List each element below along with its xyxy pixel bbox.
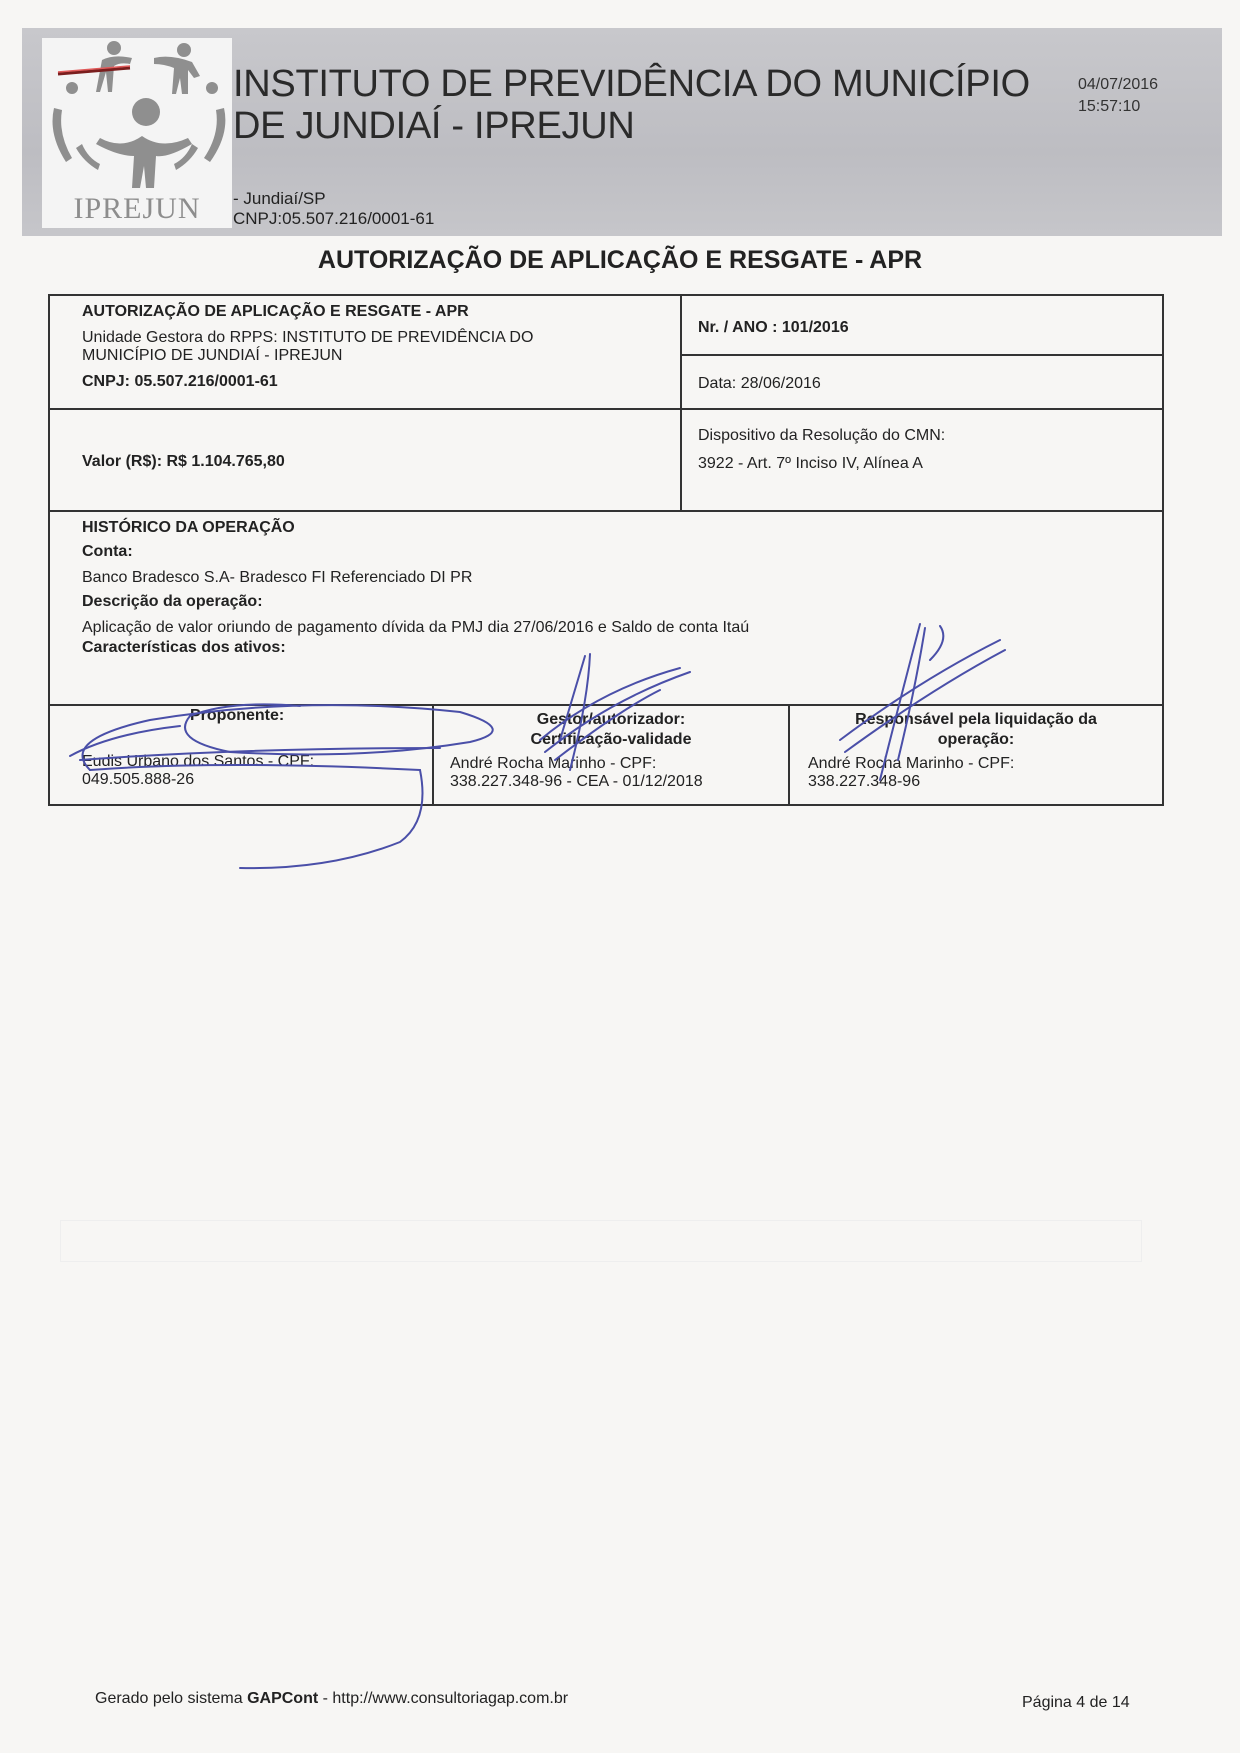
proponente-role: Proponente:	[190, 706, 284, 726]
print-time: 15:57:10	[1078, 96, 1158, 118]
show-through-box	[60, 1220, 1142, 1262]
conta-label: Conta:	[82, 542, 133, 562]
conta-value: Banco Bradesco S.A- Bradesco FI Referenc…	[82, 568, 472, 588]
descricao-label: Descrição da operação:	[82, 592, 263, 612]
institution-logo: IPREJUN	[42, 38, 232, 228]
page-number: Página 4 de 14	[1022, 1694, 1130, 1712]
descricao-value: Aplicação de valor oriundo de pagamento …	[82, 618, 749, 638]
gestor-certification: Certificação-validade	[434, 730, 788, 750]
unidade-gestora-line2: MUNICÍPIO DE JUNDIAÍ - IPREJUN	[82, 346, 342, 366]
institution-address: - Jundiaí/SP CNPJ:05.507.216/0001-61	[233, 189, 434, 229]
print-date: 04/07/2016	[1078, 74, 1158, 96]
form-box-title: AUTORIZAÇÃO DE APLICAÇÃO E RESGATE - APR	[82, 302, 469, 322]
responsavel-cpf: 338.227.348-96	[808, 772, 920, 792]
historico-title: HISTÓRICO DA OPERAÇÃO	[82, 518, 295, 538]
footer-system-name: GAPCont	[247, 1690, 318, 1707]
divider	[680, 354, 1162, 356]
apr-form: AUTORIZAÇÃO DE APLICAÇÃO E RESGATE - APR…	[48, 294, 1164, 806]
footer-url: - http://www.consultoriagap.com.br	[318, 1690, 568, 1707]
institution-city: - Jundiaí/SP	[233, 189, 434, 209]
responsavel-name: André Rocha Marinho - CPF:	[808, 754, 1014, 774]
responsavel-role: Responsável pela liquidação da	[790, 710, 1162, 730]
print-timestamp: 04/07/2016 15:57:10	[1078, 74, 1158, 118]
gestor-name: André Rocha Marinho - CPF:	[450, 754, 656, 774]
unidade-gestora-line1: Unidade Gestora do RPPS: INSTITUTO DE PR…	[82, 328, 533, 348]
valor-label: Valor (R$):	[82, 453, 162, 470]
valor: Valor (R$): R$ 1.104.765,80	[82, 452, 285, 472]
nr-ano-value: 101/2016	[782, 319, 849, 336]
dispositivo-label: Dispositivo da Resolução do CMN:	[698, 426, 945, 446]
dispositivo-value: 3922 - Art. 7º Inciso IV, Alínea A	[698, 454, 923, 474]
logo-text: IPREJUN	[42, 192, 232, 226]
responsavel-role-cont: operação:	[790, 730, 1162, 750]
nr-ano-label: Nr. / ANO :	[698, 319, 777, 336]
proponente-name: Eudis Urbano dos Santos - CPF:	[82, 752, 314, 772]
form-date: Data: 28/06/2016	[698, 374, 821, 394]
institution-cnpj: CNPJ:05.507.216/0001-61	[233, 209, 434, 229]
valor-value: R$ 1.104.765,80	[166, 453, 284, 470]
form-cnpj: CNPJ: 05.507.216/0001-61	[82, 372, 278, 392]
form-date-value: 28/06/2016	[741, 375, 821, 392]
caracteristicas-label: Características dos ativos:	[82, 638, 286, 658]
institution-name: INSTITUTO DE PREVIDÊNCIA DO MUNICÍPIO DE…	[233, 63, 1053, 147]
divider	[680, 296, 682, 510]
divider	[50, 408, 1162, 410]
proponente-cpf: 049.505.888-26	[82, 770, 194, 790]
gestor-cpf: 338.227.348-96 - CEA - 01/12/2018	[450, 772, 703, 792]
gestor-role: Gestor/autorizador:	[434, 710, 788, 730]
footer-generated-by: Gerado pelo sistema GAPCont - http://www…	[95, 1690, 568, 1708]
form-date-label: Data:	[698, 375, 736, 392]
people-circle-icon	[42, 38, 232, 198]
document-title: AUTORIZAÇÃO DE APLICAÇÃO E RESGATE - APR	[0, 246, 1240, 275]
divider	[50, 510, 1162, 512]
nr-ano: Nr. / ANO : 101/2016	[698, 318, 849, 338]
